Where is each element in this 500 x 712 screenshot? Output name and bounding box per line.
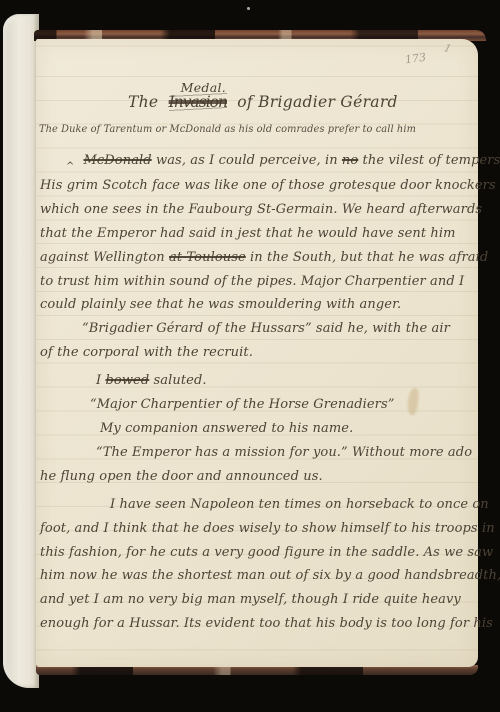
manuscript-line: ^McDonald was, as I could perceive, in n… [40, 149, 476, 174]
handwritten-text: I have seen Napoleon ten times on horseb… [110, 497, 489, 512]
manuscript-line: this fashion, for he cuts a very good fi… [40, 541, 476, 565]
handwritten-text: he flung open the door and announced us. [40, 469, 323, 484]
manuscript-line: him now he was the shortest man out of s… [40, 564, 476, 588]
handwritten-text: that the Emperor had said in jest that h… [40, 226, 456, 241]
struck-text: no [342, 153, 358, 168]
manuscript-line: I bowed saluted. [40, 369, 476, 393]
handwritten-text: of the corporal with the recruit. [40, 345, 253, 360]
handwritten-text: to trust him within sound of the pipes. … [40, 274, 464, 289]
manuscript-line: to trust him within sound of the pipes. … [40, 270, 476, 294]
handwritten-text: which one sees in the Faubourg St-Germai… [40, 202, 482, 217]
manuscript-line: could plainly see that he was smoulderin… [40, 293, 476, 317]
handwritten-text: His grim Scotch face was like one of tho… [40, 178, 496, 193]
inserted-word: Medal. [181, 80, 226, 95]
manuscript-line: “The Emperor has a mission for you.” Wit… [40, 441, 476, 465]
handwritten-text: “Major Charpentier of the Horse Grenadie… [90, 397, 395, 412]
title-text-post: of Brigadier Gérard [237, 93, 398, 111]
handwritten-text: saluted. [149, 373, 206, 388]
subtitle-note: The Duke of Tarentum or McDonald as his … [39, 124, 416, 135]
story-title: The Medal. Invasion of Brigadier Gérard [128, 93, 398, 111]
handwritten-text: enough for a Hussar. Its evident too tha… [40, 616, 493, 631]
handwritten-text: “Brigadier Gérard of the Hussars” said h… [82, 321, 450, 336]
handwritten-text: and yet I am no very big man myself, tho… [40, 592, 461, 607]
title-text-pre: The [128, 93, 158, 111]
manuscript-line: of the corporal with the recruit. [40, 341, 476, 365]
corner-pencil-mark: 1 [442, 41, 453, 56]
manuscript-line: “Major Charpentier of the Horse Grenadie… [40, 393, 476, 417]
struck-title-word: Invasion [169, 93, 227, 111]
insertion-caret: ^ [66, 155, 74, 179]
manuscript-photograph: 1 173 The Medal. Invasion of Brigadier G… [0, 0, 500, 712]
manuscript-line: His grim Scotch face was like one of tho… [40, 174, 476, 198]
dust-speck [247, 7, 250, 10]
handwritten-text: could plainly see that he was smoulderin… [40, 297, 401, 312]
handwritten-text: him now he was the shortest man out of s… [40, 568, 500, 583]
handwritten-text: My companion answered to his name. [100, 421, 353, 436]
page-edge-stack [3, 14, 39, 688]
manuscript-line: enough for a Hussar. Its evident too tha… [40, 612, 476, 636]
handwritten-text: “The Emperor has a mission for you.” Wit… [96, 445, 472, 460]
handwritten-text: this fashion, for he cuts a very good fi… [40, 545, 493, 560]
manuscript-line: My companion answered to his name. [40, 417, 476, 441]
title-correction: Medal. Invasion [169, 93, 227, 111]
manuscript-line: foot, and I think that he does wisely to… [40, 517, 476, 541]
manuscript-line: and yet I am no very big man myself, tho… [40, 588, 476, 612]
manuscript-line: he flung open the door and announced us. [40, 465, 476, 489]
manuscript-line: which one sees in the Faubourg St-Germai… [40, 198, 476, 222]
handwritten-text: was, as I could perceive, in [152, 153, 342, 168]
handwritten-text: against Wellington [40, 250, 169, 265]
manuscript-line: against Wellington at Toulouse in the So… [40, 246, 476, 270]
struck-text: bowed [105, 373, 149, 388]
handwritten-text: foot, and I think that he does wisely to… [40, 521, 495, 536]
manuscript-page: 1 173 The Medal. Invasion of Brigadier G… [36, 39, 478, 667]
handwritten-text: in the South, but that he was afraid [246, 250, 489, 265]
manuscript-line: “Brigadier Gérard of the Hussars” said h… [40, 317, 476, 341]
manuscript-body: ^McDonald was, as I could perceive, in n… [40, 149, 476, 636]
struck-text: McDonald [83, 153, 151, 168]
manuscript-line: I have seen Napoleon ten times on horseb… [40, 493, 476, 517]
struck-text: at Toulouse [169, 250, 246, 265]
folio-number: 173 [404, 51, 427, 67]
handwritten-text: the vilest of tempers. [358, 153, 500, 168]
manuscript-line: that the Emperor had said in jest that h… [40, 222, 476, 246]
